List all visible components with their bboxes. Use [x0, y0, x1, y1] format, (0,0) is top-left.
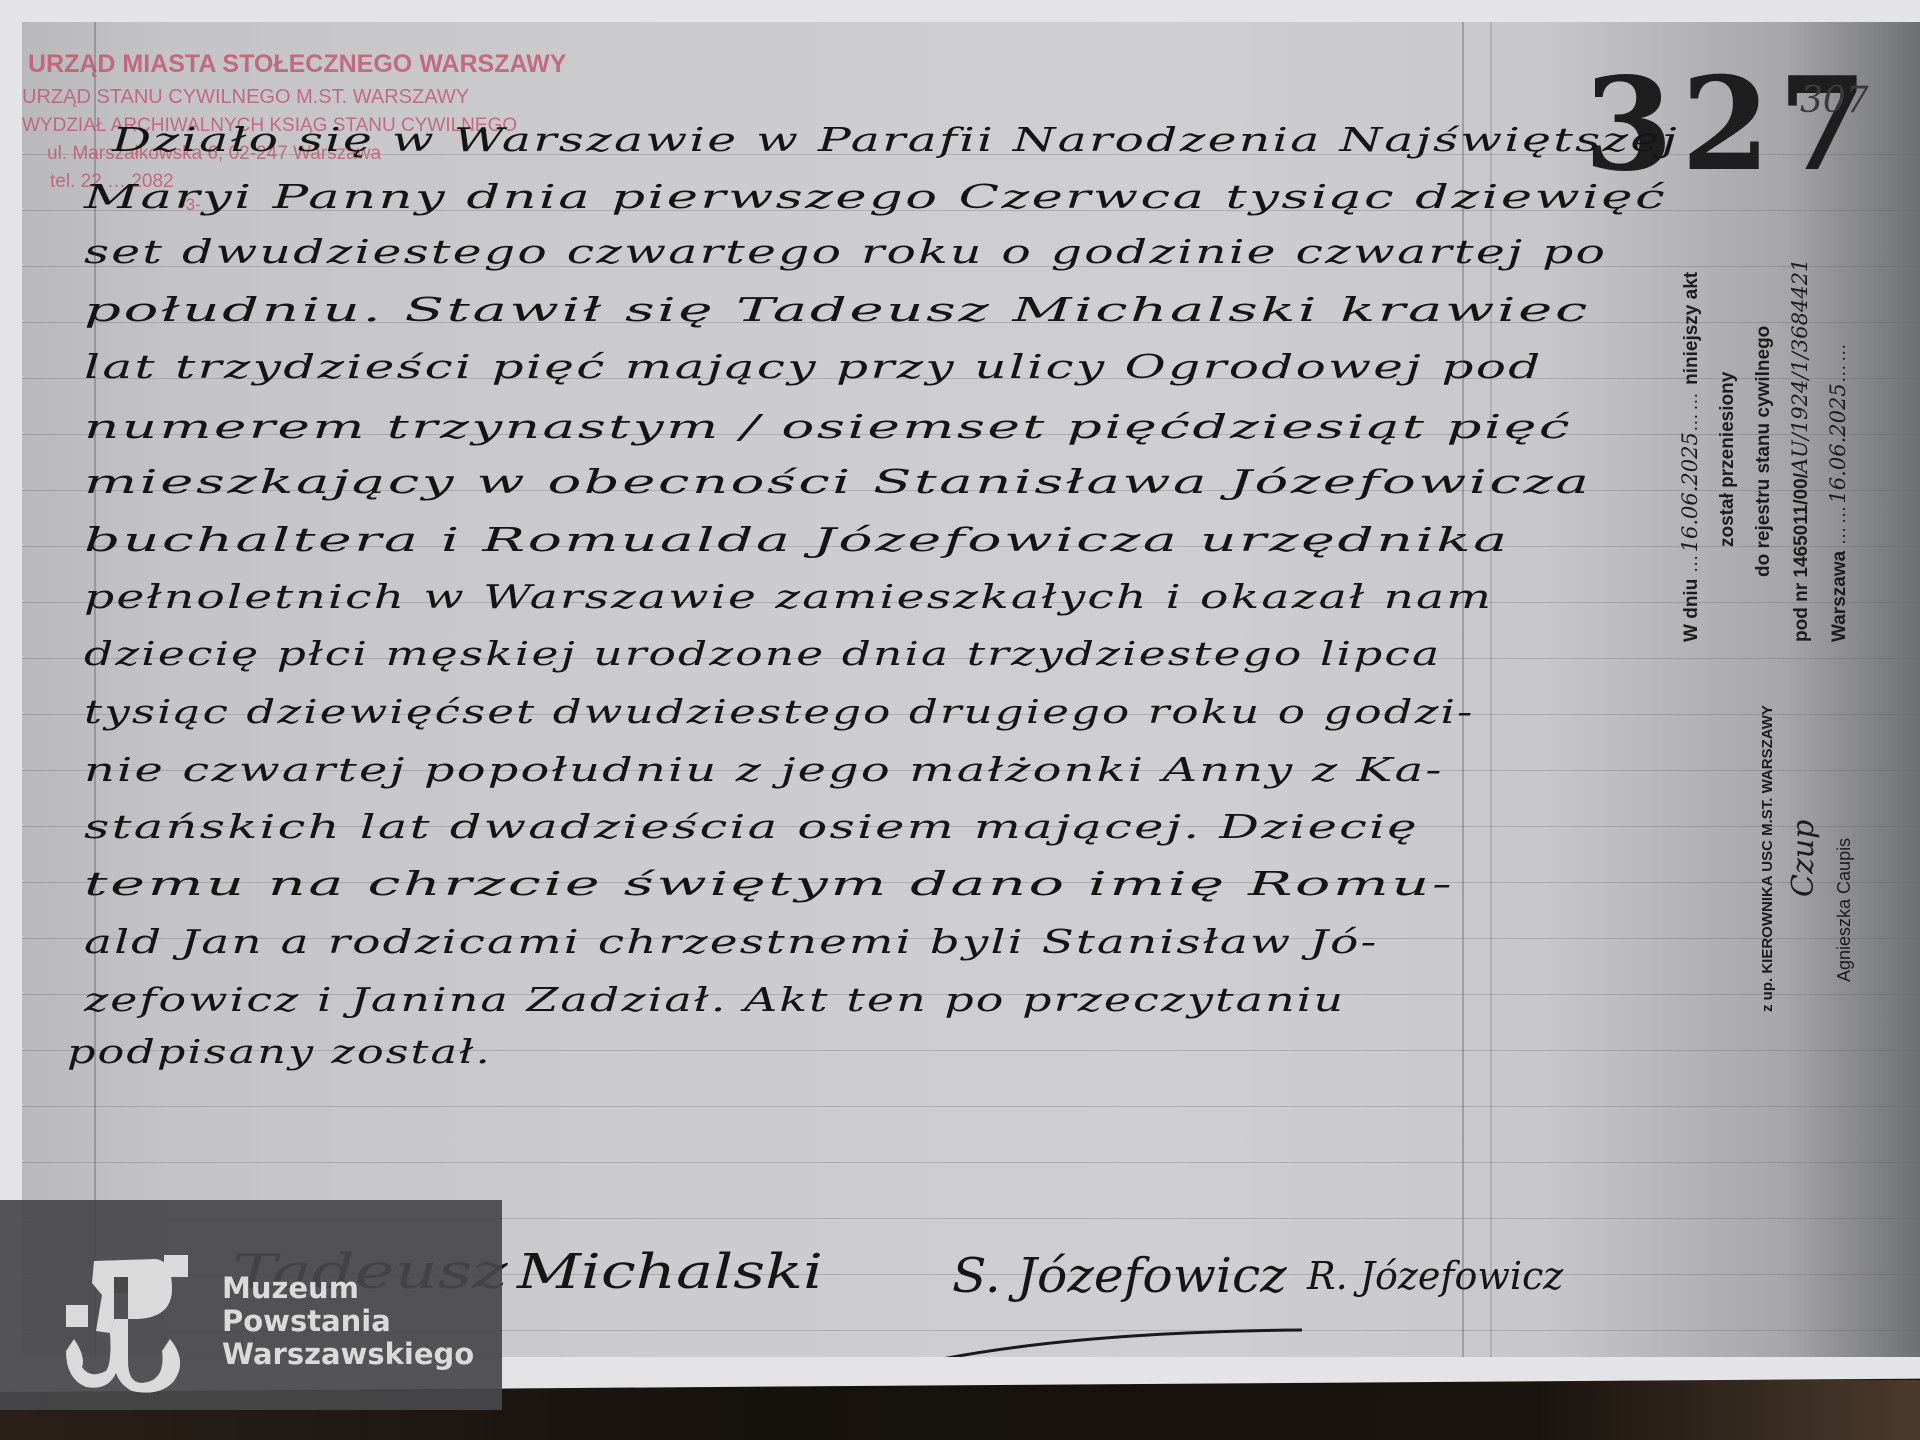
ruled-line — [22, 1106, 1920, 1107]
handwritten-line: pełnoletnich w Warszawie zamieszkałych i… — [84, 577, 1493, 616]
handwritten-line: numerem trzynastym / osiemset pięćdziesi… — [84, 407, 1572, 446]
handwritten-line: dziecię płci męskiej urodzone dnia trzyd… — [84, 634, 1441, 673]
stamp-title: z up. KIEROWNIKA USC M.ST. WARSZAWY — [1750, 705, 1786, 1012]
museum-name: Muzeum Powstania Warszawskiego — [222, 1272, 474, 1371]
stamp-text: W dniu — [1681, 579, 1702, 642]
handwritten-date: 16.06.2025 — [1678, 432, 1702, 552]
signature-s-jozefowicz: S. Józefowicz — [952, 1248, 1287, 1304]
right-margin-line — [1462, 22, 1464, 1357]
handwritten-line: set dwudziestego czwartego roku o godzin… — [84, 232, 1607, 271]
official-name: Agnieszka Caupis — [1826, 705, 1862, 1012]
signature-r-jozefowicz: R. Józefowicz — [1307, 1254, 1563, 1298]
museum-watermark: Muzeum Powstania Warszawskiego — [0, 1200, 502, 1410]
stamp-text: pod nr 1465011/00/ — [1791, 473, 1812, 642]
handwritten-line: Działo się w Warszawie w Parafii Narodze… — [112, 120, 1679, 159]
handwritten-line: buchaltera i Romualda Józefowicza urzędn… — [84, 520, 1510, 559]
page-number-annotation: 307 — [1800, 80, 1869, 121]
signature-flourish — [922, 1312, 1342, 1357]
handwritten-line: nie czwartej popołudniu z jego małżonki … — [84, 750, 1444, 789]
handwritten-registry-number: AU/1924/1/3684421 — [1788, 259, 1812, 473]
stamp-line: URZĄD STANU CYWILNEGO M.ST. WARSZAWY — [22, 87, 566, 107]
stamp-row-number: pod nr 1465011/00/AU/1924/1/3684421 — [1782, 259, 1820, 642]
handwritten-line: zefowicz i Janina Zadział. Akt ten po pr… — [84, 980, 1345, 1019]
handwritten-line: lat trzydzieści pięć mający przy ulicy O… — [84, 347, 1543, 386]
handwritten-line: mieszkający w obecności Stanisława Józef… — [84, 462, 1591, 501]
stamp-text: niniejszy akt — [1681, 272, 1702, 385]
stamp-text: do rejestru stanu cywilnego — [1746, 259, 1782, 642]
stamp-signature-row: Czup — [1786, 705, 1826, 1012]
museum-name-line: Warszawskiego — [222, 1338, 474, 1371]
museum-name-line: Powstania — [222, 1305, 474, 1338]
handwritten-line: stańskich lat dwadzieścia osiem mającej.… — [84, 807, 1419, 846]
document-page: URZĄD MIASTA STOŁECZNEGO WARSZAWY URZĄD … — [22, 22, 1920, 1357]
stamp-text: został przeniesiony — [1710, 259, 1746, 642]
signature-michalski: Michalski — [517, 1244, 823, 1300]
left-margin-line — [94, 22, 96, 1357]
kotwica-anchor-icon — [66, 1255, 196, 1393]
official-signature-stamp: z up. KIEROWNIKA USC M.ST. WARSZAWY Czup… — [1750, 705, 1862, 1012]
handwritten-line: południu. Stawił się Tadeusz Michalski k… — [84, 290, 1590, 329]
handwritten-line: podpisany został. — [67, 1032, 492, 1071]
handwritten-date: 16.06.2025 — [1826, 383, 1850, 503]
right-margin-line-2 — [1490, 22, 1492, 1357]
handwritten-line: temu na chrzcie świętym dano imię Romu- — [84, 864, 1454, 903]
registry-transfer-stamp: W dniu …16.06.2025…… niniejszy akt zosta… — [1672, 259, 1858, 642]
handwritten-line: ald Jan a rodzicami chrzestnemi byli Sta… — [84, 922, 1378, 961]
official-signature: Czup — [1786, 820, 1821, 897]
stamp-row-date: W dniu …16.06.2025…… niniejszy akt — [1672, 259, 1710, 642]
handwritten-line: tysiąc dziewięćset dwudziestego drugiego… — [84, 692, 1474, 731]
museum-name-line: Muzeum — [222, 1272, 474, 1305]
stamp-row-place: Warszawa ……16.06.2025…… — [1820, 259, 1858, 642]
stamp-text: Warszawa — [1829, 551, 1850, 642]
handwritten-line: Maryi Panny dnia pierwszego Czerwca tysi… — [84, 177, 1667, 216]
stamp-line: URZĄD MIASTA STOŁECZNEGO WARSZAWY — [22, 52, 566, 77]
ruled-line — [22, 1162, 1920, 1163]
